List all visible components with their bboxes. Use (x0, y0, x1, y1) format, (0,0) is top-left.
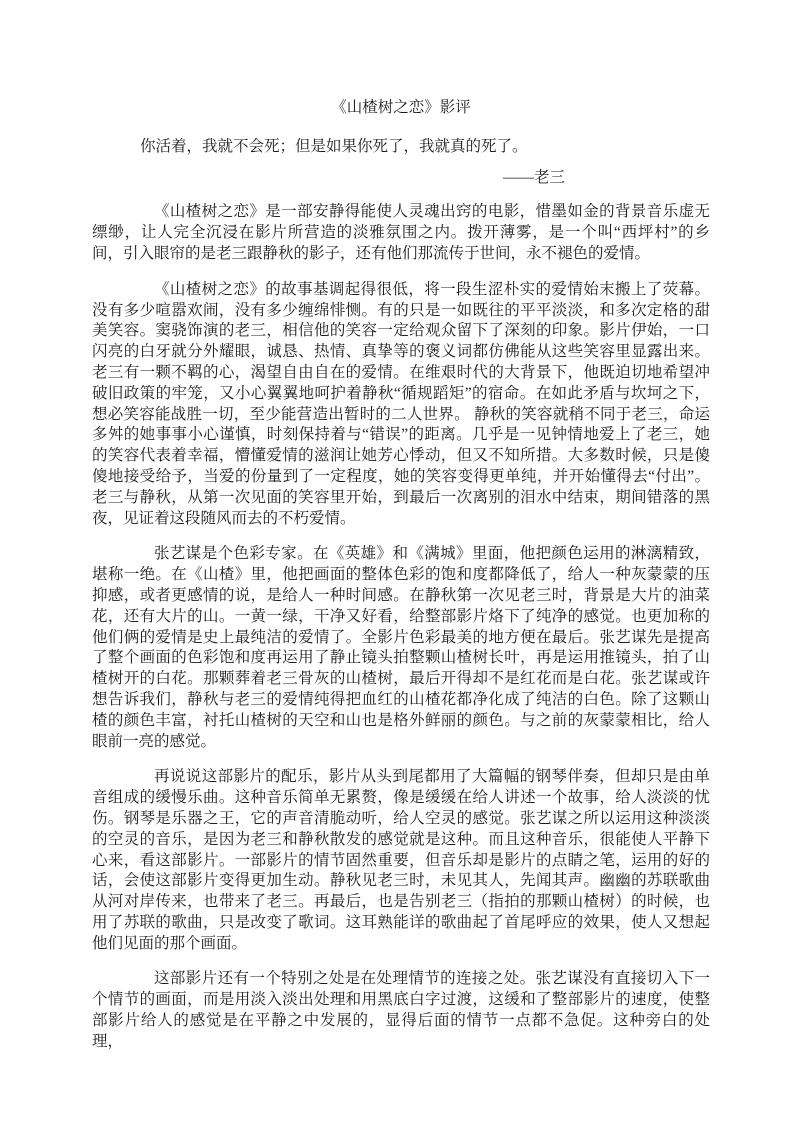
epigraph-quote: 你活着，我就不会死；但是如果你死了，我就真的死了。 (92, 137, 710, 158)
doc-title: 《山楂树之恋》影评 (92, 98, 710, 119)
document-page: 《山楂树之恋》影评 你活着，我就不会死；但是如果你死了，我就真的死了。 ——老三… (0, 0, 800, 1132)
paragraph: 《山楂树之恋》的故事基调起得很低，将一段生涩朴实的爱情始末搬上了荧幕。没有多少喧… (92, 280, 710, 530)
paragraph: 张艺谋是个色彩专家。在《英雄》和《满城》里面，他把颜色运用的淋漓精致，堪称一绝。… (92, 544, 710, 752)
paragraph: 《山楂树之恋》是一部安静得能使人灵魂出窍的电影，惜墨如金的背景音乐虚无缥缈，让人… (92, 202, 710, 264)
paragraph: 这部影片还有一个特别之处是在处理情节的连接之处。张艺谋没有直接切入下一个情节的画… (92, 969, 710, 1052)
paragraph: 再说说这部影片的配乐，影片从头到尾都用了大篇幅的钢琴伴奏，但却只是由单音组成的缓… (92, 767, 710, 954)
epigraph-attribution: ——老三 (92, 168, 710, 189)
document-content: 《山楂树之恋》影评 你活着，我就不会死；但是如果你死了，我就真的死了。 ——老三… (92, 98, 710, 1068)
